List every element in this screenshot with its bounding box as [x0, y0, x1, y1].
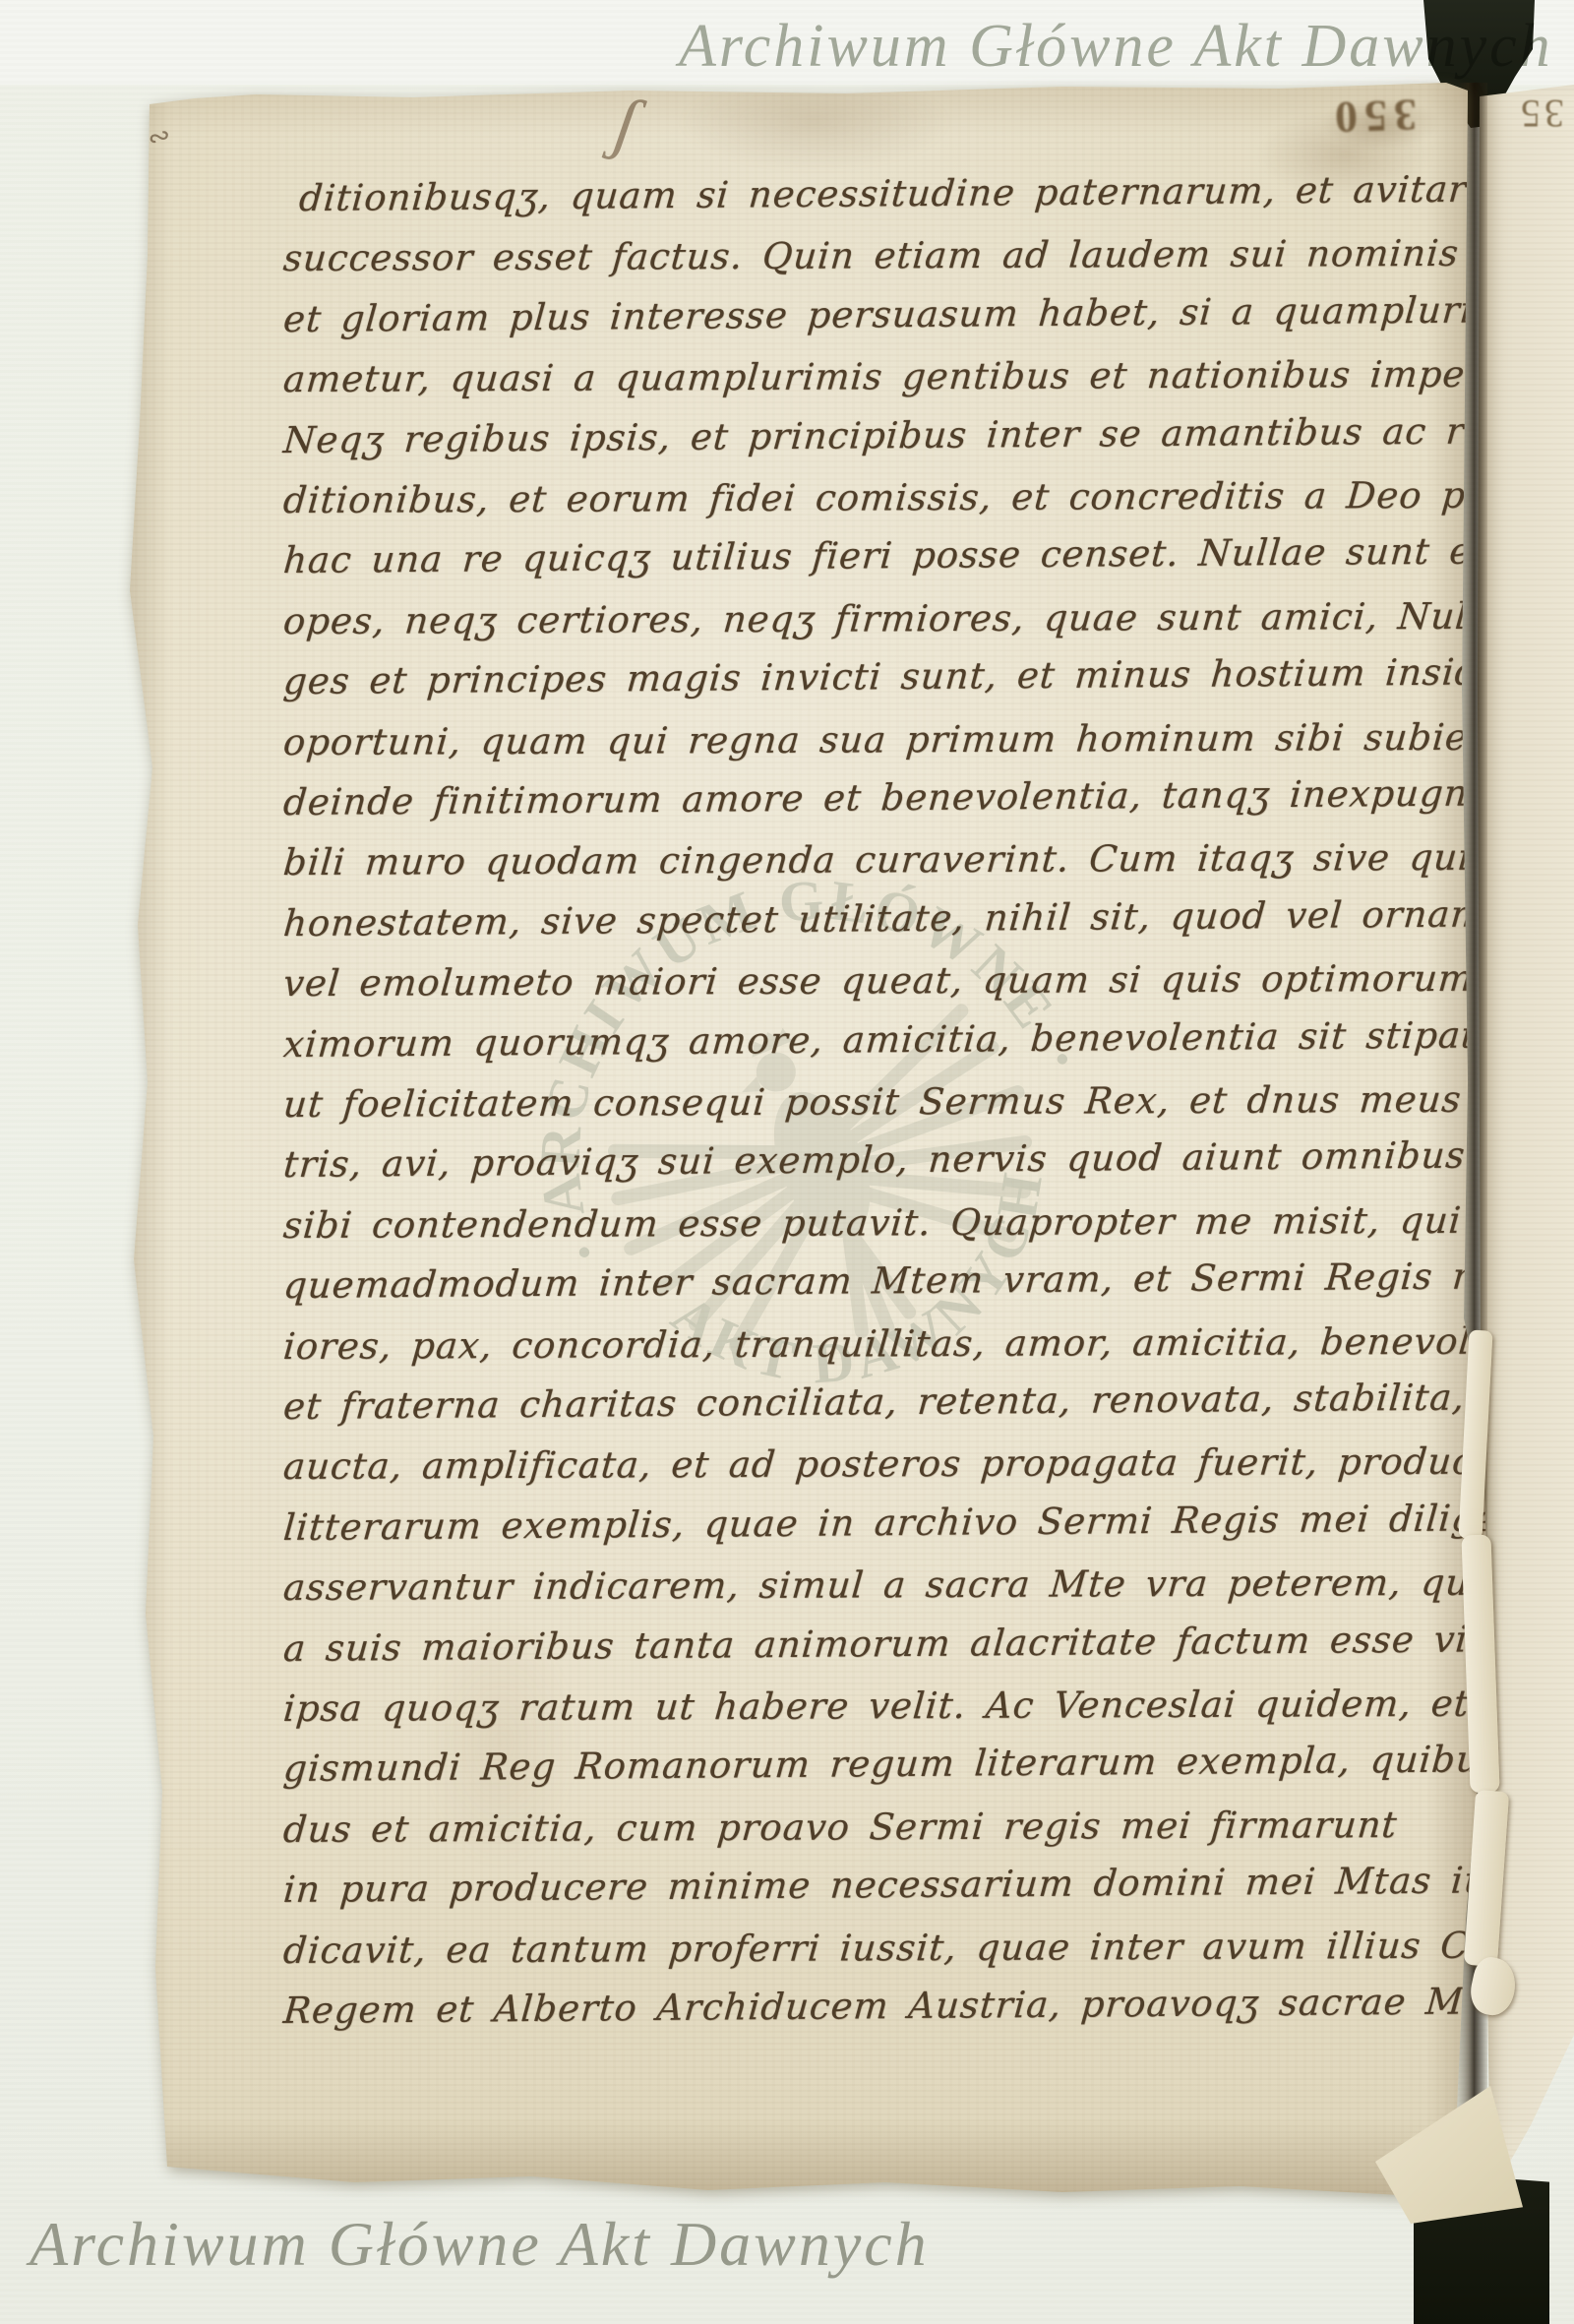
manuscript-line: iores, pax, concordia, tranquillitas, am…: [281, 1319, 1570, 1368]
folio-number: 350: [1327, 89, 1418, 144]
manuscript-line: ximorum quorumqʒ amore, amicitia, benevo…: [282, 1012, 1574, 1066]
manuscript-line: ipsa quoqʒ ratum ut habere velit. Ac Ven…: [281, 1682, 1542, 1730]
manuscript-line: litterarum exemplis, quae in archivo Ser…: [282, 1497, 1574, 1549]
manuscript-page: ARCHIWUM GŁÓWNE AKT DAWNYCH · ·: [126, 81, 1495, 2198]
manuscript-line: deinde finitimorum amore et benevolentia…: [282, 771, 1506, 824]
archive-watermark-bottom: Archiwum Główne Akt Dawnych: [30, 2208, 930, 2281]
manuscript-line: asservantur indicarem, simul a sacra Mte…: [281, 1561, 1519, 1609]
manuscript-line: bili muro quodam cingenda curaverint. Cu…: [281, 836, 1491, 884]
manuscript-line: et gloriam plus interesse persuasum habe…: [282, 288, 1494, 340]
archive-watermark-top: Archiwum Główne Akt Dawnych: [679, 12, 1553, 82]
manuscript-line: ges et principes magis invicti sunt, et …: [282, 650, 1526, 703]
manuscript-line: aucta, amplificata, et ad posteros propa…: [281, 1440, 1523, 1489]
manuscript-line: tris, avi, proaviqʒ sui exemplo, nervis …: [282, 1134, 1468, 1186]
manuscript-line: honestatem, sive spectet utilitate, nihi…: [282, 892, 1549, 945]
manuscript-line: et fraterna charitas conciliata, retenta…: [282, 1376, 1467, 1428]
manuscript-line: opes, neqʒ certiores, neqʒ firmiores, qu…: [281, 594, 1568, 642]
manuscript-line: vel emolumeto maiori esse queat, quam si…: [281, 956, 1574, 1005]
manuscript-line: Regem et Alberto Archiducem Austria, pro…: [282, 1980, 1514, 2032]
manuscript-line: dus et amicitia, cum proavo Sermi regis …: [281, 1804, 1399, 1851]
manuscript-line: Neqʒ regibus ipsis, et principibus inter…: [282, 409, 1574, 461]
manuscript-line: dicavit, ea tantum proferri iussit, quae…: [281, 1924, 1574, 1972]
manuscript-line: ditionibus, et eorum fidei comissis, et …: [281, 473, 1574, 521]
manuscript-line: sibi contendendum esse putavit. Quapropt…: [281, 1199, 1463, 1247]
manuscript-text: ditionibusqʒ, quam si necessitudine pate…: [126, 81, 1495, 2198]
manuscript-line: quemadmodum inter sacram Mtem vram, et S…: [282, 1254, 1574, 1307]
archival-scan: Archiwum Główne Akt Dawnych Archiwum Głó…: [0, 0, 1574, 2324]
manuscript-line: in pura producere minime necessarium dom…: [282, 1859, 1503, 1911]
adjacent-folio-number: 35: [1517, 91, 1564, 137]
manuscript-line: ditionibusqʒ, quam si necessitudine pate…: [298, 167, 1529, 219]
manuscript-line: ut foelicitatem consequi possit Sermus R…: [281, 1077, 1543, 1126]
manuscript-line: gismundi Reg Romanorum regum literarum e…: [282, 1738, 1574, 1790]
manuscript-line: oportuni, quam qui regna sua primum homi…: [281, 715, 1574, 764]
manuscript-line: a suis maioribus tanta animorum alacrita…: [282, 1618, 1533, 1670]
manuscript-line: successor esset factus. Quin etiam ad la…: [281, 232, 1460, 279]
manuscript-line: hac una re quicqʒ utilius fieri posse ce…: [282, 529, 1546, 581]
manuscript-line: ametur, quasi a quamplurimis gentibus et…: [281, 352, 1536, 400]
